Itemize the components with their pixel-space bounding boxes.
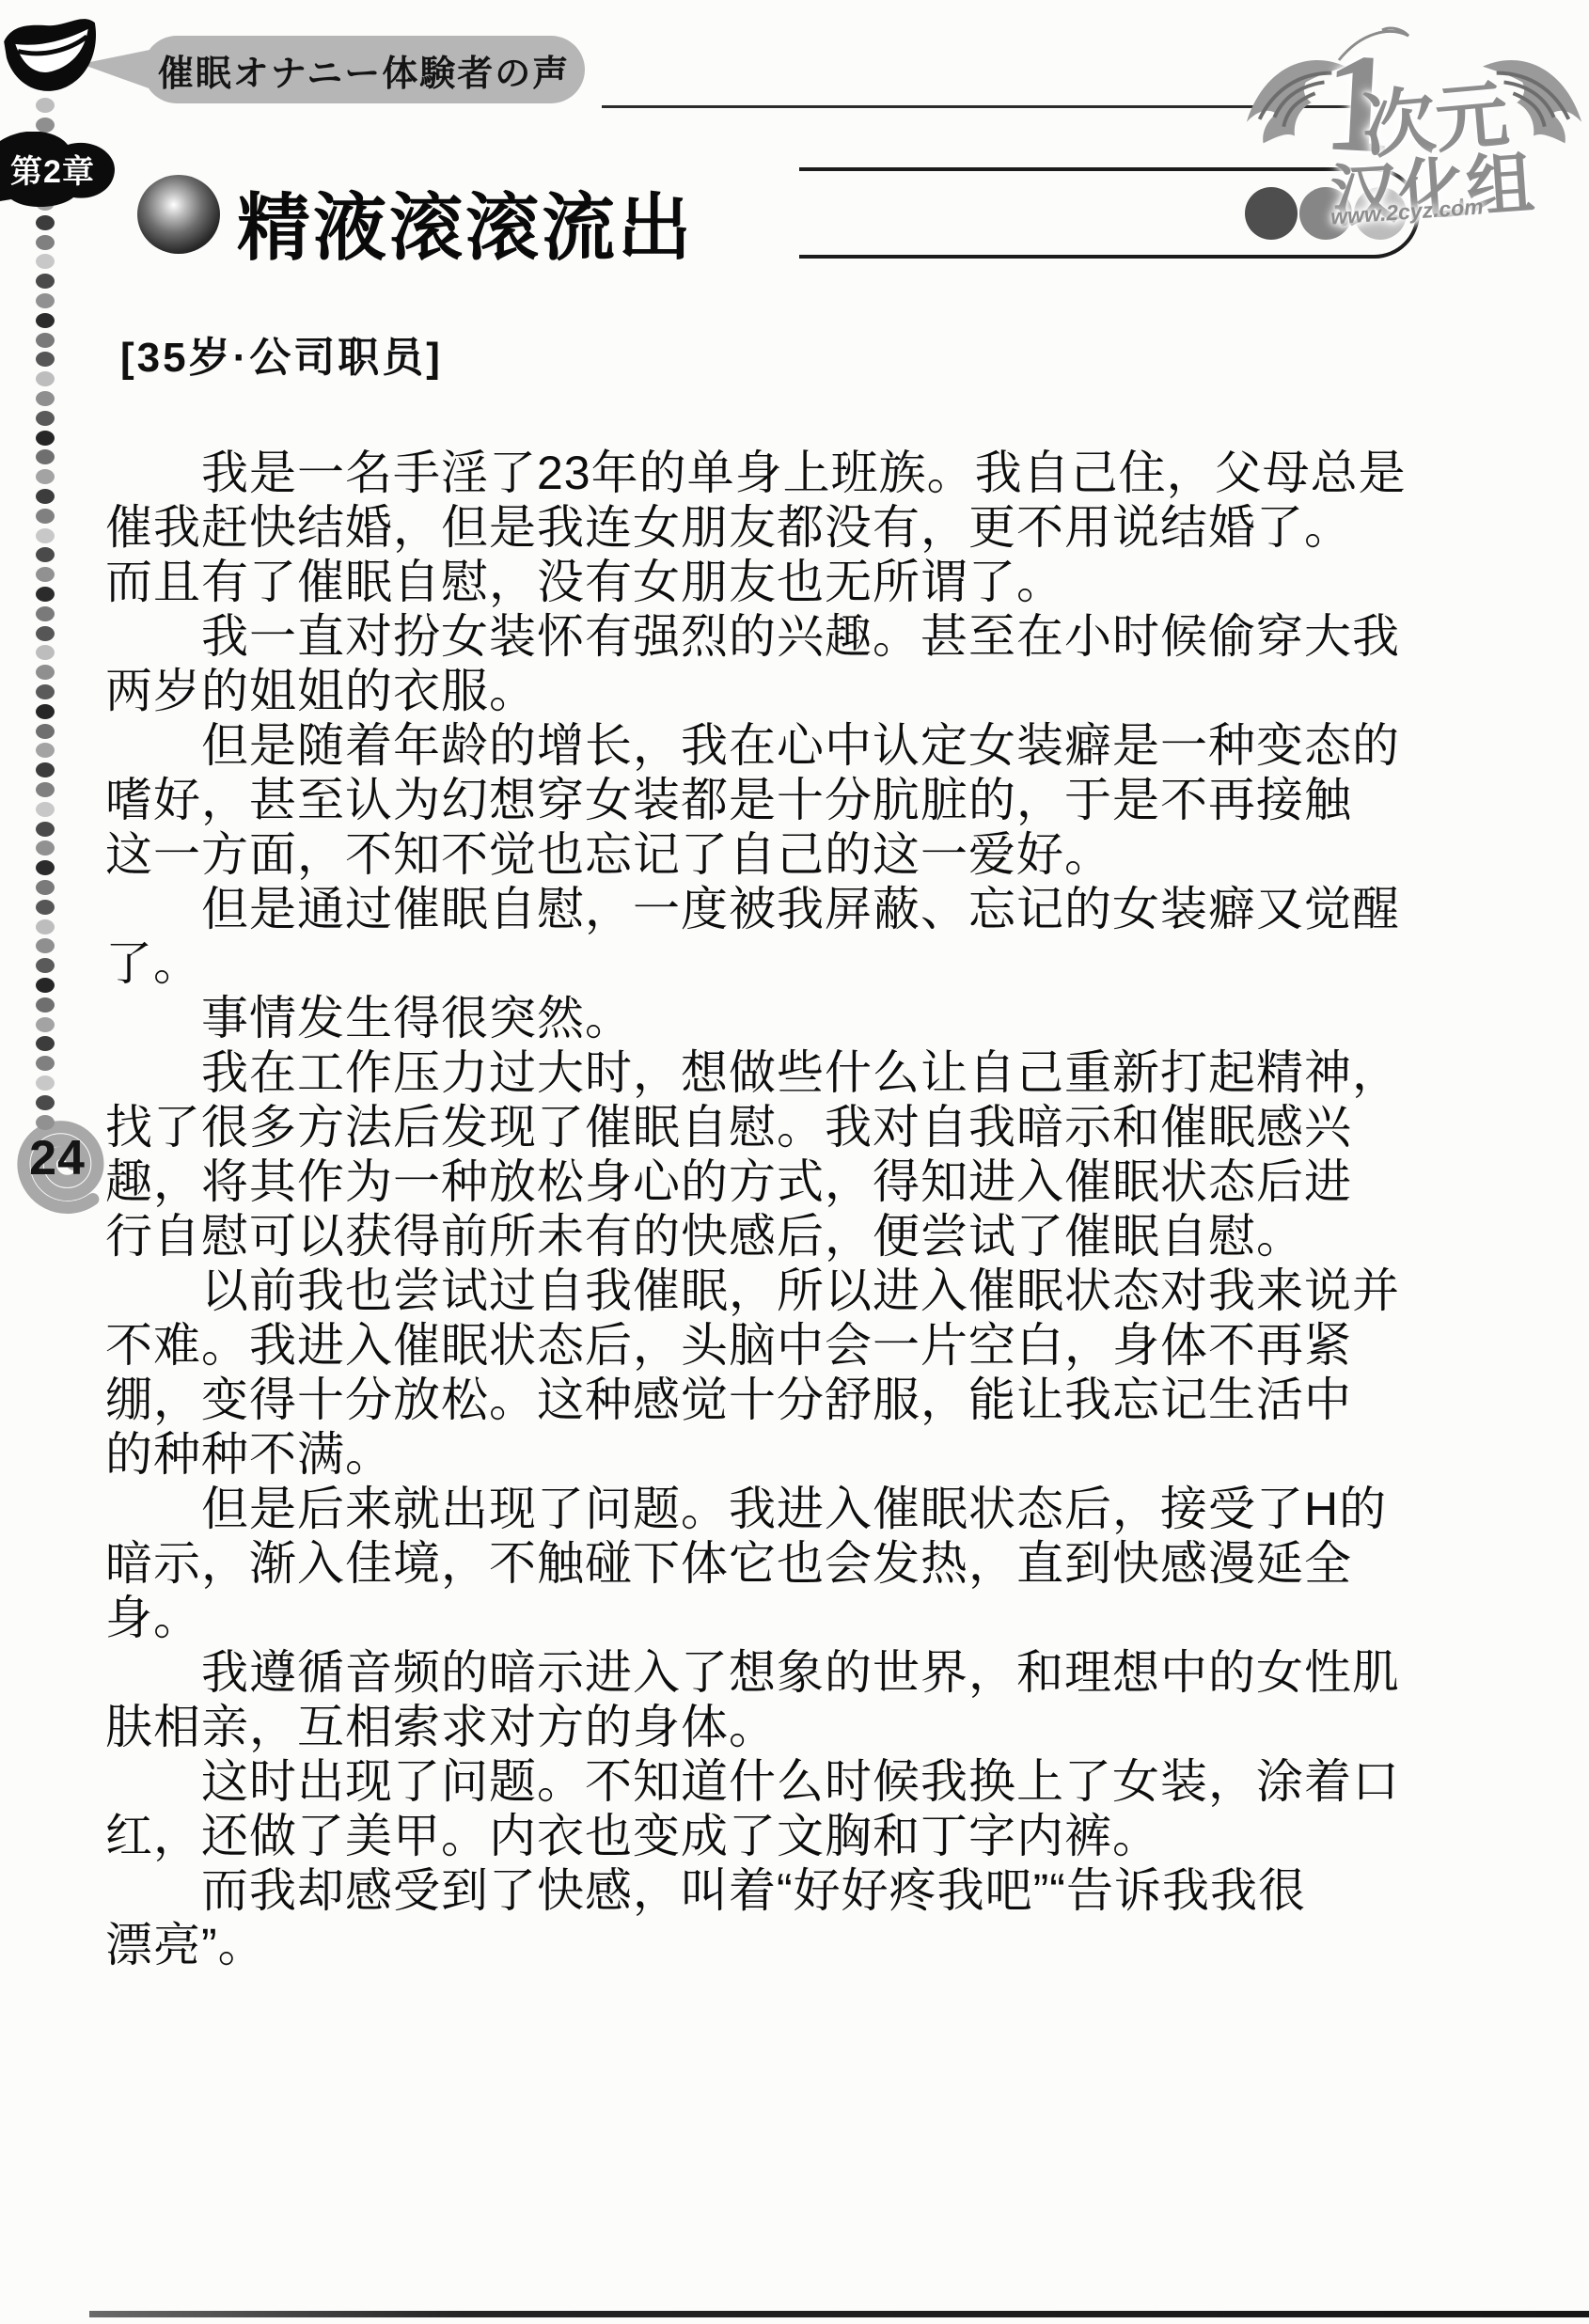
body-text-line: 事情发生得很突然。 xyxy=(105,991,1478,1045)
body-text-line: 我遵循音频的暗示进入了想象的世界，和理想中的女性肌 xyxy=(105,1645,1478,1700)
trail-dot xyxy=(36,449,55,464)
body-text-line: 而我却感受到了快感，叫着“好好疼我吧”“告诉我我很 xyxy=(105,1863,1478,1918)
trail-dot xyxy=(36,254,55,269)
trail-dot xyxy=(36,1095,55,1110)
trail-dot xyxy=(36,274,55,289)
trail-dot xyxy=(36,391,55,406)
trail-dot xyxy=(36,1036,55,1051)
trail-dot xyxy=(36,567,55,582)
body-text-line: 我一直对扮女装怀有强烈的兴趣。甚至在小时候偷穿大我 xyxy=(105,609,1478,664)
body-text-line: 嗜好，甚至认为幻想穿女装都是十分肮脏的，于是不再接触 xyxy=(105,773,1478,827)
trail-dot xyxy=(36,978,55,993)
trail-dot xyxy=(36,587,55,602)
body-text-line: 行自慰可以获得前所未有的快感后，便尝试了催眠自慰。 xyxy=(105,1209,1478,1264)
trail-dot xyxy=(36,724,55,739)
trail-dot xyxy=(36,1076,55,1091)
body-text-line: 红，还做了美甲。内衣也变成了文胸和丁字内裤。 xyxy=(105,1809,1478,1863)
trail-dot xyxy=(36,900,55,915)
trail-dot xyxy=(36,606,55,621)
trail-dot xyxy=(36,743,55,758)
trail-dot xyxy=(36,880,55,895)
body-text-line: 这时出现了问题。不知道什么时候我换上了女装，涂着口 xyxy=(105,1754,1478,1809)
trail-dot xyxy=(36,333,55,348)
body-text-line: 暗示，渐入佳境，不触碰下体它也会发热，直到快感漫延全 xyxy=(105,1536,1478,1591)
trail-dot xyxy=(36,958,55,973)
body-text-line: 而且有了催眠自慰，没有女朋友也无所谓了。 xyxy=(105,555,1478,609)
body-text-line: 漂亮”。 xyxy=(105,1918,1478,1972)
trail-dot xyxy=(36,684,55,699)
trail-dot xyxy=(36,802,55,817)
trail-dot xyxy=(36,860,55,875)
header-banner-label: 催眠オナニー体験者の声 xyxy=(158,44,570,96)
page-number-spiral: 24 xyxy=(2,1074,132,1233)
translation-group-watermark: 1 次元 汉化组 www.2cyz.com xyxy=(1241,36,1589,228)
trail-dot xyxy=(36,704,55,719)
body-text-line: 两岁的姐姐的衣服。 xyxy=(105,664,1478,718)
trail-dot xyxy=(36,1056,55,1071)
trail-dot xyxy=(36,919,55,934)
body-text-line: 但是通过催眠自慰，一度被我屏蔽、忘记的女装癖又觉醒 xyxy=(105,882,1478,936)
body-text: 我是一名手淫了23年的单身上班族。我自己住，父母总是催我赶快结婚，但是我连女朋友… xyxy=(105,446,1478,1972)
body-text-line: 找了很多方法后发现了催眠自慰。我对自我暗示和催眠感兴 xyxy=(105,1100,1478,1154)
trail-dot xyxy=(36,1017,55,1032)
trail-dot xyxy=(36,431,55,446)
page-edge-shadow xyxy=(89,2311,1589,2317)
trail-dot xyxy=(36,665,55,680)
trail-dot xyxy=(36,469,55,484)
body-text-line: 趣，将其作为一种放松身心的方式，得知进入催眠状态后进 xyxy=(105,1154,1478,1209)
trail-dot xyxy=(36,215,55,230)
body-text-line: 以前我也尝试过自我催眠，所以进入催眠状态对我来说并 xyxy=(105,1264,1478,1318)
chapter-badge: 第2章 xyxy=(0,132,117,207)
trail-dot xyxy=(36,293,55,308)
trail-dot xyxy=(36,840,55,856)
trail-dot xyxy=(36,645,55,660)
trail-dot xyxy=(36,997,55,1013)
trail-dot xyxy=(36,411,55,426)
trail-dot xyxy=(36,782,55,797)
body-text-line: 身。 xyxy=(105,1591,1478,1645)
trail-dot xyxy=(36,489,55,504)
trail-dot xyxy=(36,938,55,953)
body-text-line: 但是随着年龄的增长，我在心中认定女装癖是一种变态的 xyxy=(105,718,1478,773)
trail-dot xyxy=(36,822,55,837)
trail-dot xyxy=(36,547,55,562)
header-banner: 催眠オナニー体験者の声 xyxy=(143,36,585,103)
body-text-line: 不难。我进入催眠状态后，头脑中会一片空白，身体不再紧 xyxy=(105,1318,1478,1373)
page-number: 24 xyxy=(24,1130,90,1186)
trail-dot xyxy=(36,509,55,524)
chapter-badge-label: 第2章 xyxy=(0,132,105,205)
title-orb-icon xyxy=(137,175,220,254)
body-text-line: 这一方面，不知不觉也忘记了自己的这一爱好。 xyxy=(105,827,1478,882)
body-text-line: 肤相亲，互相索求对方的身体。 xyxy=(105,1700,1478,1754)
body-text-line: 我是一名手淫了23年的单身上班族。我自己住，父母总是 xyxy=(105,446,1478,500)
trail-dot xyxy=(36,528,55,543)
trail-dot xyxy=(36,118,55,133)
book-page: 催眠オナニー体験者の声 第2章 精液滚滚流出 1 次元 汉化组 www.2cyz… xyxy=(0,0,1589,2324)
body-text-line: 催我赶快结婚，但是我连女朋友都没有，更不用说结婚了。 xyxy=(105,500,1478,555)
body-text-line: 了。 xyxy=(105,936,1478,991)
trail-dot xyxy=(36,762,55,777)
page-title: 精液滚滚流出 xyxy=(237,169,694,275)
body-text-line: 绷，变得十分放松。这种感觉十分舒服，能让我忘记生活中 xyxy=(105,1373,1478,1427)
trail-dot xyxy=(36,313,55,328)
trail-dot xyxy=(36,626,55,641)
trail-dot xyxy=(36,352,55,367)
body-text-line: 的种种不满。 xyxy=(105,1427,1478,1482)
trail-dot xyxy=(36,235,55,250)
lips-logo-icon xyxy=(0,5,108,105)
trail-dot xyxy=(36,371,55,386)
body-text-line: 但是后来就出现了问题。我进入催眠状态后，接受了H的 xyxy=(105,1482,1478,1536)
body-text-line: 我在工作压力过大时，想做些什么让自己重新打起精神， xyxy=(105,1045,1478,1100)
subtitle: [35岁·公司职员] xyxy=(120,323,443,384)
trail-dot xyxy=(36,1115,55,1130)
